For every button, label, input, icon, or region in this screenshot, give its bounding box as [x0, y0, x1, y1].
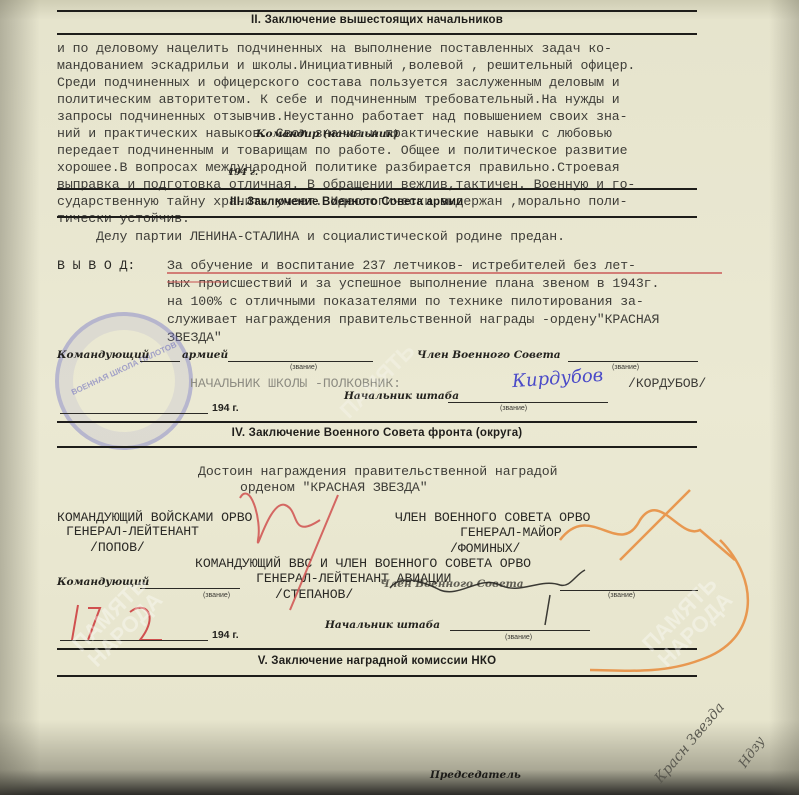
- document-page: II. Заключение вышестоящих начальников и…: [0, 0, 799, 795]
- rank-hint: (звание): [608, 592, 635, 599]
- blank-line: [450, 630, 590, 631]
- date-year-4: 194 г.: [212, 629, 239, 641]
- blank-line: [560, 590, 698, 591]
- section5-heading: V. Заключение наградной комиссии НКО: [57, 655, 697, 667]
- council-member-label-4: Член Военного Совета: [380, 578, 524, 590]
- rank-hint: (звание): [203, 592, 230, 599]
- rank-hint: (звание): [505, 634, 532, 641]
- chief-of-staff-label-4: Начальник штаба: [325, 619, 440, 631]
- red-signature: [240, 493, 338, 610]
- rule-section5-top: [57, 648, 697, 650]
- chairman-label: Председатель: [430, 769, 521, 781]
- blank-line: [140, 588, 240, 589]
- rule-section5-bottom: [57, 675, 697, 677]
